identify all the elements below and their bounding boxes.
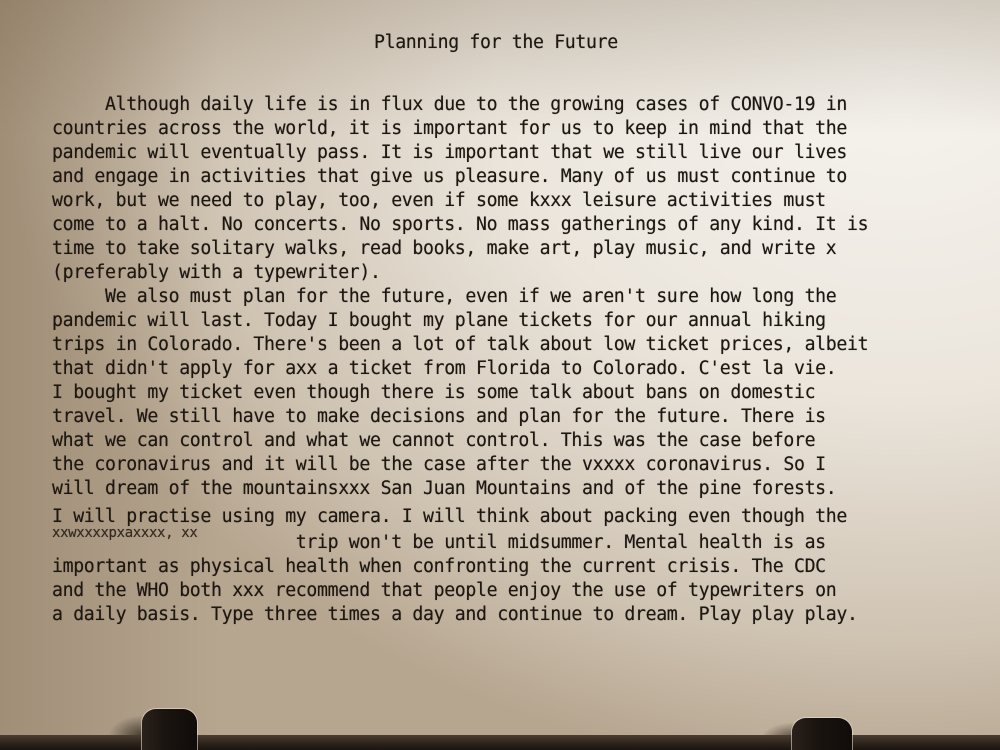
document-line: pandemic will last. Today I bought my pl… [52, 309, 826, 333]
document-line: important as physical health when confro… [52, 555, 826, 579]
document-line: time to take solitary walks, read books,… [52, 237, 836, 261]
document-line: and engage in activities that give us pl… [52, 165, 847, 189]
document-line: trip won't be until midsummer. Mental he… [52, 531, 826, 555]
document-line: pandemic will eventually pass. It is imp… [52, 141, 847, 165]
document-line: a daily basis. Type three times a day an… [52, 603, 858, 627]
document-line: travel. We still have to make decisions … [52, 405, 826, 429]
document-line: countries across the world, it is import… [52, 117, 847, 141]
document-line: what we can control and what we cannot c… [52, 429, 815, 453]
paper-bail-roller-left [142, 709, 197, 750]
document-line: come to a halt. No concerts. No sports. … [52, 213, 868, 237]
paper-bail-roller-right [792, 718, 852, 750]
document-line: will dream of the mountainsxxx San Juan … [52, 477, 836, 501]
document-line: work, but we need to play, too, even if … [52, 189, 826, 213]
document-line: We also must plan for the future, even i… [52, 285, 836, 309]
document-line: Although daily life is in flux due to th… [52, 93, 847, 117]
document-title: Planning for the Future [374, 31, 618, 55]
document-line: and the WHO both xxx recommend that peop… [52, 579, 836, 603]
document-line: that didn't apply for axx a ticket from … [52, 357, 836, 381]
document-line: I bought my ticket even though there is … [52, 381, 815, 405]
document-line: the coronavirus and it will be the case … [52, 453, 826, 477]
document-line: trips in Colorado. There's been a lot of… [52, 333, 868, 357]
document-line: (preferably with a typewriter). [52, 261, 381, 285]
